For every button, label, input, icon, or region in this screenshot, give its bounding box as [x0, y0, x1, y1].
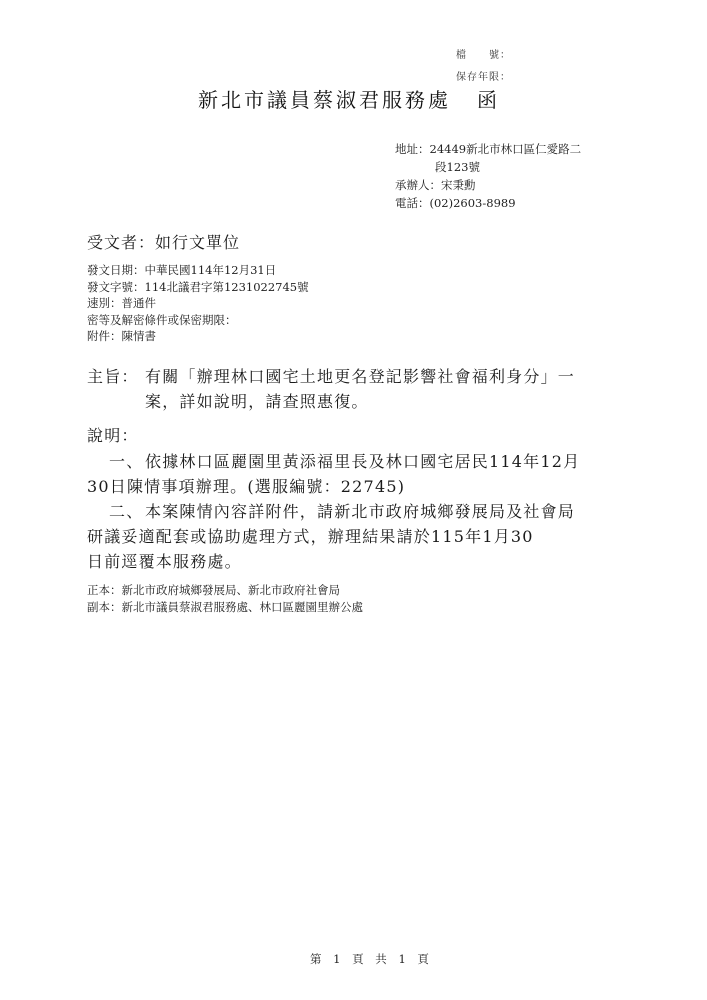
explanation-item: 二、本案陳情內容詳附件，請新北市政府城鄉發展局及社會局 研議妥適配套或協助處理方… [87, 499, 575, 574]
file-number-label: 檔 號： [456, 46, 511, 61]
original-recipients: 正本：新北市政府城鄉發展局、新北市政府社會局 [87, 582, 363, 599]
explanation-item: 一、依據林口區麗園里黃添福里長及林口國宅居民114年12月 30日陳情事項辦理。… [87, 449, 580, 499]
attachment: 附件：陳情書 [87, 328, 309, 345]
retention-label: 保存年限： [456, 68, 511, 83]
address-line-2: 段123號 [395, 158, 581, 176]
document-fields: 發文日期：中華民國114年12月31日 發文字號：114北議君字第1231022… [87, 262, 309, 345]
item-line: 30日陳情事項辦理。(選服編號：22745) [87, 474, 580, 499]
item-line: 依據林口區麗園里黃添福里長及林口國宅居民114年12月 [145, 452, 580, 471]
address-line-1: 地址：24449新北市林口區仁愛路二 [395, 140, 581, 158]
page-indicator: 第 1 頁 共 1 頁 [310, 951, 433, 967]
document-title: 新北市議員蔡淑君服務處函 [198, 84, 500, 113]
item-line: 日前逕覆本服務處。 [87, 549, 575, 574]
contact-block: 地址：24449新北市林口區仁愛路二 段123號 承辦人：宋秉勳 電話：(02)… [395, 140, 581, 212]
handler: 承辦人：宋秉勳 [395, 176, 581, 194]
document-type: 函 [477, 88, 500, 112]
item-line: 研議妥適配套或協助處理方式，辦理結果請於115年1月30 [87, 524, 575, 549]
subject-line-1: 有關「辦理林口國宅土地更名登記影響社會福利身分」一 [145, 367, 575, 386]
explanation-label: 說明： [87, 423, 139, 448]
subject-section: 主旨：有關「辦理林口國宅土地更名登記影響社會福利身分」一 案，詳如說明，請查照惠… [87, 364, 575, 414]
recipient: 受文者：如行文單位 [87, 230, 240, 253]
item-number: 二、 [109, 499, 145, 524]
speed-class: 速別：普通件 [87, 295, 309, 312]
subject-line-2: 案，詳如說明，請查照惠復。 [87, 389, 575, 414]
security-level: 密等及解密條件或保密期限： [87, 312, 309, 329]
phone: 電話：(02)2603-8989 [395, 194, 581, 212]
issuer-name: 新北市議員蔡淑君服務處 [198, 88, 451, 112]
subject-label: 主旨： [87, 364, 145, 389]
document-number: 發文字號：114北議君字第1231022745號 [87, 279, 309, 296]
issue-date: 發文日期：中華民國114年12月31日 [87, 262, 309, 279]
item-line: 本案陳情內容詳附件，請新北市政府城鄉發展局及社會局 [145, 502, 575, 521]
item-number: 一、 [109, 449, 145, 474]
copies-block: 正本：新北市政府城鄉發展局、新北市政府社會局 副本：新北市議員蔡淑君服務處、林口… [87, 582, 363, 615]
copy-recipients: 副本：新北市議員蔡淑君服務處、林口區麗園里辦公處 [87, 599, 363, 616]
